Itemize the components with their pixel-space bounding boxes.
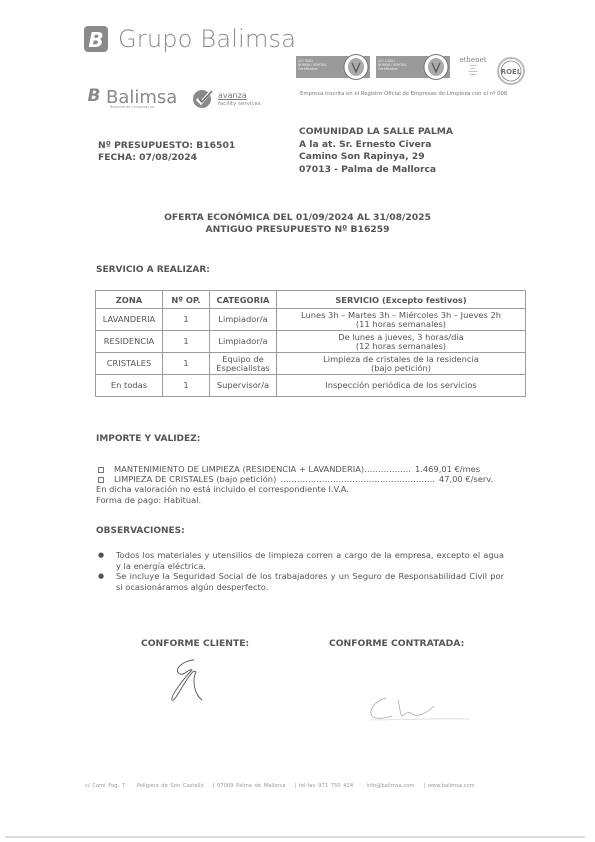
ethenet-name: ethenet xyxy=(458,56,488,64)
importe-concept: MANTENIMIENTO DE LIMPIEZA (RESIDENCIA + … xyxy=(114,464,364,474)
footer-city: 07009 Palma de Mallorca xyxy=(217,783,285,789)
cell-op: 1 xyxy=(163,375,210,397)
client-attention: A la at. Sr. Ernesto Civera xyxy=(299,139,453,152)
cell-zona: RESIDENCIA xyxy=(96,331,163,353)
importe-amount: 47,00 €/serv. xyxy=(439,474,493,484)
table-row: CRISTALES 1 Equipo de Especialistas Limp… xyxy=(96,353,526,375)
cell-op: 1 xyxy=(163,309,210,331)
offer-title: OFERTA ECONÓMICA DEL 01/09/2024 AL 31/08… xyxy=(0,212,595,224)
registry-text: Empresa inscrita en el Registro Oficial … xyxy=(300,91,507,97)
balimsa-small-b-icon: B xyxy=(84,85,104,107)
cell-servicio: De lunes a jueves, 3 horas/día(12 horas … xyxy=(277,331,526,353)
servicio-line-2: (bajo petición) xyxy=(280,364,522,373)
cell-op: 1 xyxy=(163,353,210,375)
cell-zona: En todas xyxy=(96,375,163,397)
bureau-veritas-seal-icon xyxy=(422,54,450,80)
importe-list: MANTENIMIENTO DE LIMPIEZA (RESIDENCIA + … xyxy=(96,464,493,505)
group-logo-text: Grupo Balimsa xyxy=(118,25,296,53)
services-table: ZONA Nº OP. CATEGORIA SERVICIO (Excepto … xyxy=(95,290,526,397)
sub-logo-tagline: Balsamo de Limpiezas sa xyxy=(110,105,154,109)
observaciones-list: ● Todos los materiales y utensilios de l… xyxy=(96,550,504,592)
svg-text:B: B xyxy=(88,86,101,103)
cell-categoria: Supervisor/a xyxy=(210,375,277,397)
cell-categoria: Limpiador/a xyxy=(210,309,277,331)
services-section-title: SERVICIO A REALIZAR: xyxy=(96,265,210,275)
cert-label: Certification xyxy=(378,67,420,71)
table-row: RESIDENCIA 1 Limpiador/a De lunes a juev… xyxy=(96,331,526,353)
payment-terms: Forma de pago: Habitual. xyxy=(96,495,493,505)
header-servicio: SERVICIO (Excepto festivos) xyxy=(277,291,526,309)
bullet-icon: ● xyxy=(96,571,116,592)
table-row: En todas 1 Supervisor/a Inspección perió… xyxy=(96,375,526,397)
bullet-icon: ● xyxy=(96,550,116,571)
servicio-line-2: (11 horas semanales) xyxy=(280,320,522,329)
cert-label: Certification xyxy=(298,67,340,71)
cell-categoria: Equipo de Especialistas xyxy=(210,353,277,375)
importe-dots: …………….. xyxy=(364,464,411,474)
balimsa-b-logo-icon: B xyxy=(82,24,110,54)
footer-polygon: Polígono de Son Castelló xyxy=(137,783,204,789)
importe-section-title: IMPORTE Y VALIDEZ: xyxy=(96,434,200,444)
header-num-op: Nº OP. xyxy=(163,291,210,309)
grupo-balimsa-logo: B Grupo Balimsa xyxy=(82,24,296,54)
budget-number: Nº PRESUPUESTO: B16501 xyxy=(98,140,235,152)
budget-date: FECHA: 07/08/2024 xyxy=(98,152,235,164)
bureau-veritas-seal-icon xyxy=(342,54,370,80)
balimsa-sub-logo: B Balimsa Balsamo de Limpiezas sa xyxy=(84,85,177,107)
client-address: COMUNIDAD LA SALLE PALMA A la at. Sr. Er… xyxy=(299,126,453,176)
client-street: Camino Son Rapinya, 29 xyxy=(299,151,453,164)
footer-email-link[interactable]: info@balimsa.com xyxy=(366,783,414,789)
iva-note: En dicha valoración no está incluido el … xyxy=(96,484,493,494)
svg-text:ROEL: ROEL xyxy=(501,68,522,76)
avanza-subtitle: facility services xyxy=(218,100,261,108)
table-header-row: ZONA Nº OP. CATEGORIA SERVICIO (Excepto … xyxy=(96,291,526,309)
importe-item: LIMPIEZA DE CRISTALES (bajo petición) ……… xyxy=(96,474,493,484)
observacion-text: Todos los materiales y utensilios de lim… xyxy=(116,550,504,571)
importe-concept: LIMPIEZA DE CRISTALES (bajo petición) xyxy=(114,474,276,484)
contractor-signature-label: CONFORME CONTRATADA: xyxy=(329,638,464,649)
cell-servicio: Lunes 3h – Martes 3h – Miércoles 3h – Ju… xyxy=(277,309,526,331)
ethenet-logo: ethenet ▬▬▬▬▬▬▬▬▬▬▬▬ xyxy=(458,56,488,76)
cell-categoria: Limpiador/a xyxy=(210,331,277,353)
client-signature-label: CONFORME CLIENTE: xyxy=(141,638,249,649)
offer-heading: OFERTA ECONÓMICA DEL 01/09/2024 AL 31/08… xyxy=(0,212,595,236)
checkbox-square-icon xyxy=(98,467,104,473)
avanza-name: avanza xyxy=(218,92,261,100)
footer-phone: tel-fax 971 750 424 xyxy=(299,783,353,789)
cell-op: 1 xyxy=(163,331,210,353)
cell-zona: CRISTALES xyxy=(96,353,163,375)
importe-dots: ……………………………………………….. xyxy=(280,474,435,484)
svg-text:B: B xyxy=(88,28,103,52)
importe-item: MANTENIMIENTO DE LIMPIEZA (RESIDENCIA + … xyxy=(96,464,493,474)
avanza-logo: avanza facility services xyxy=(192,87,261,113)
cell-servicio: Inspección periódica de los servicios xyxy=(277,375,526,397)
budget-info: Nº PRESUPUESTO: B16501 FECHA: 07/08/2024 xyxy=(98,140,235,164)
client-city: 07013 - Palma de Mallorca xyxy=(299,164,453,177)
iso-14001-badge: ISO 14001 BUREAU VERITAS Certification xyxy=(376,56,450,78)
list-item: ● Se incluye la Seguridad Social de los … xyxy=(96,571,504,592)
servicio-line-2: (12 horas semanales) xyxy=(280,342,522,351)
list-item: ● Todos los materiales y utensilios de l… xyxy=(96,550,504,571)
roel-logo-icon: ROEL xyxy=(496,56,526,86)
bottom-divider xyxy=(5,836,585,838)
footer-address: c/ Cami Fog, 7 xyxy=(85,783,125,789)
footer-website-link[interactable]: www.balimsa.com xyxy=(428,783,475,789)
cell-zona: LAVANDERIA xyxy=(96,309,163,331)
table-row: LAVANDERIA 1 Limpiador/a Lunes 3h – Mart… xyxy=(96,309,526,331)
footer-contact: c/ Cami Fog, 7 Polígono de Son Castelló|… xyxy=(85,783,484,789)
client-signature xyxy=(164,656,214,704)
contractor-signature xyxy=(362,686,472,726)
header-categoria: CATEGORIA xyxy=(210,291,277,309)
cell-servicio: Limpieza de cristales de la residencia(b… xyxy=(277,353,526,375)
importe-amount: 1.469,01 €/mes xyxy=(415,464,480,474)
observaciones-section-title: OBSERVACIONES: xyxy=(96,526,185,536)
header-zona: ZONA xyxy=(96,291,163,309)
ethenet-detail-lines: ▬▬▬▬▬▬▬▬▬▬▬▬ xyxy=(458,64,488,76)
offer-previous-budget: ANTIGUO PRESUPUESTO Nº B16259 xyxy=(0,224,595,236)
client-name: COMUNIDAD LA SALLE PALMA xyxy=(299,126,453,139)
iso-9001-badge: ISO 9001 BUREAU VERITAS Certification xyxy=(296,56,370,78)
checkbox-square-icon xyxy=(98,477,104,483)
observacion-text: Se incluye la Seguridad Social de los tr… xyxy=(116,571,504,592)
avanza-check-icon xyxy=(192,87,214,113)
